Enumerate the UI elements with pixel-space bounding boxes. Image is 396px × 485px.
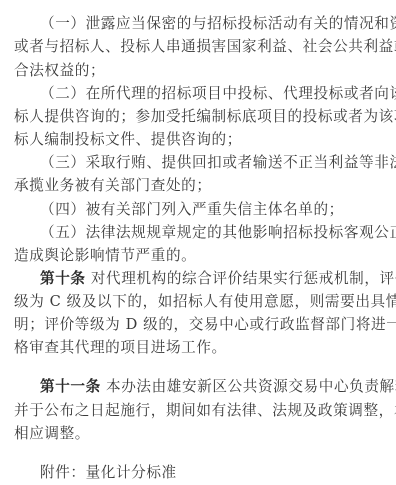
attachment-line: 附件：量化计分标准 [40,463,386,483]
item-2-line-3: 标人编制投标文件、提供咨询的； [14,130,386,150]
article-11-line-1: 第十一条 本办法由雄安新区公共资源交易中心负责解释， [40,377,386,397]
article-11-line-2: 并于公布之日起施行，期间如有法律、法规及政策调整，本办法 [14,401,386,421]
article-11-line-3: 相应调整。 [14,424,386,444]
item-1-line-2: 或者与招标人、投标人串通损害国家利益、社会公共利益或者他人 [14,37,386,57]
article-11-heading: 第十一条 [40,378,101,395]
article-10-heading: 第十条 [40,270,86,287]
item-5-line-2: 造成舆论影响情节严重的。 [14,246,386,266]
item-5-line-1: （五）法律法规规章规定的其他影响招标投标客观公正行为或 [40,223,386,243]
item-2-line-2: 标人提供咨询的；参加受托编制标底项目的投标或者为该项目的投 [14,107,386,127]
item-1-line-3: 合法权益的； [14,61,386,81]
item-1-line-1: （一）泄露应当保密的与招标投标活动有关的情况和资料的， [40,14,386,34]
item-2-line-1: （二）在所代理的招标项目中投标、代理投标或者向该项目投 [40,84,386,104]
article-10-line-3: 明；评价等级为 D 级的，交易中心或行政监督部门将进一步严 [14,315,386,335]
article-10-line-4: 格审查其代理的项目进场工作。 [14,338,386,358]
item-3-line-1: （三）采取行贿、提供回扣或者输送不正当利益等非法手段 [40,153,386,173]
article-10-line-2: 级为 C 级及以下的，如招标人有使用意愿，则需要出具情况说 [14,292,386,312]
item-4-line-1: （四）被有关部门列入严重失信主体名单的； [40,200,386,220]
article-10-line-1: 第十条 对代理机构的综合评价结果实行惩戒机制，评价等 [40,269,386,289]
item-3-line-2: 承揽业务被有关部门查处的； [14,176,386,196]
document-page: （一）泄露应当保密的与招标投标活动有关的情况和资料的， 或者与招标人、投标人串通… [0,0,396,485]
